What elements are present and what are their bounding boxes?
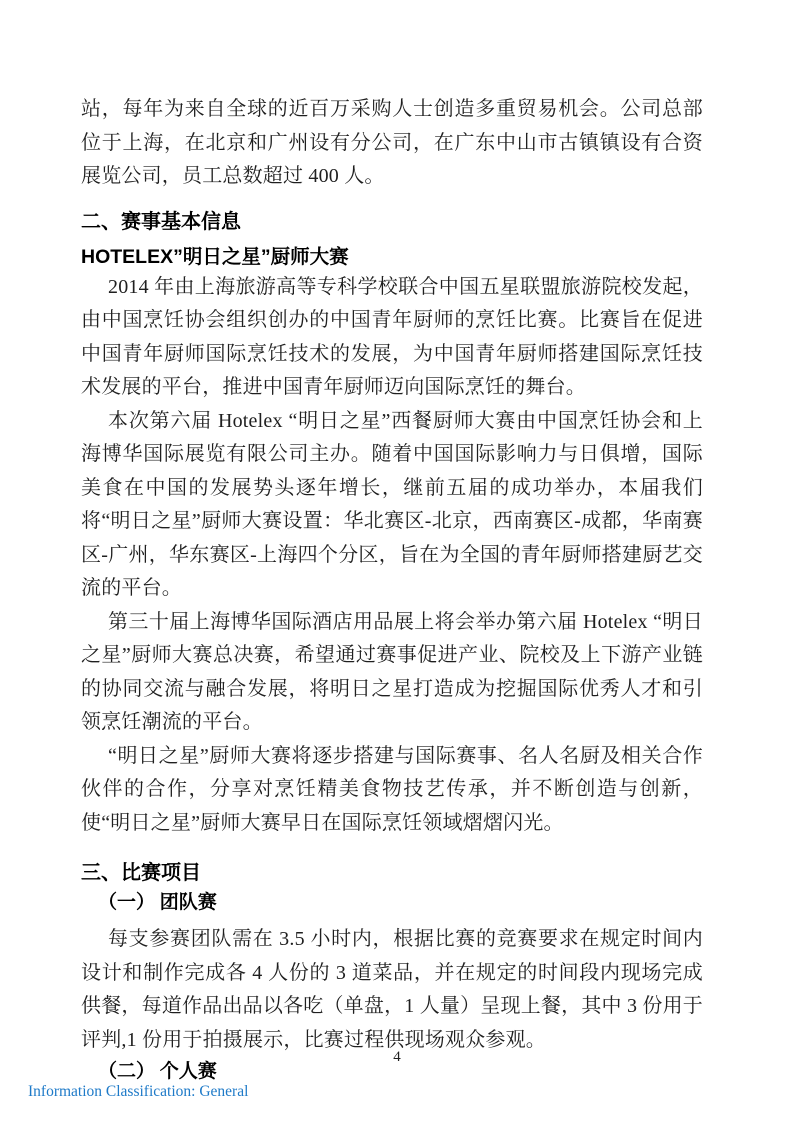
section-heading-basic-info: 二、赛事基本信息 bbox=[81, 209, 703, 235]
team-event-paragraph: 每支参赛团队需在 3.5 小时内，根据比赛的竞赛要求在规定时间内设计和制作完成各… bbox=[81, 923, 703, 1057]
footer-classification: Information Classification: General bbox=[28, 1083, 248, 1101]
subsection-heading-team: （一） 团队赛 bbox=[81, 890, 703, 916]
body-paragraph-sixth-edition: 本次第六届 Hotelex “明日之星”西餐厨师大赛由中国烹饪协会和上海博华国际… bbox=[81, 405, 703, 606]
document-body: 站，每年为来自全球的近百万采购人士创造多重贸易机会。公司总部位于上海，在北京和广… bbox=[81, 93, 703, 1085]
section-heading-events: 三、比赛项目 bbox=[81, 860, 703, 886]
body-paragraph-finals: 第三十届上海博华国际酒店用品展上将会举办第六届 Hotelex “明日之星”厨师… bbox=[81, 606, 703, 740]
body-paragraph-cooperation: “明日之星”厨师大赛将逐步搭建与国际赛事、名人名厨及相关合作伙伴的合作，分享对烹… bbox=[81, 740, 703, 841]
document-page: 站，每年为来自全球的近百万采购人士创造多重贸易机会。公司总部位于上海，在北京和广… bbox=[0, 0, 794, 1122]
intro-paragraph: 站，每年为来自全球的近百万采购人士创造多重贸易机会。公司总部位于上海，在北京和广… bbox=[81, 93, 703, 194]
page-number: 4 bbox=[0, 1049, 794, 1066]
competition-title-subheading: HOTELEX”明日之星”厨师大赛 bbox=[81, 244, 703, 270]
body-paragraph-origin: 2014 年由上海旅游高等专科学校联合中国五星联盟旅游院校发起，由中国烹饪协会组… bbox=[81, 271, 703, 405]
